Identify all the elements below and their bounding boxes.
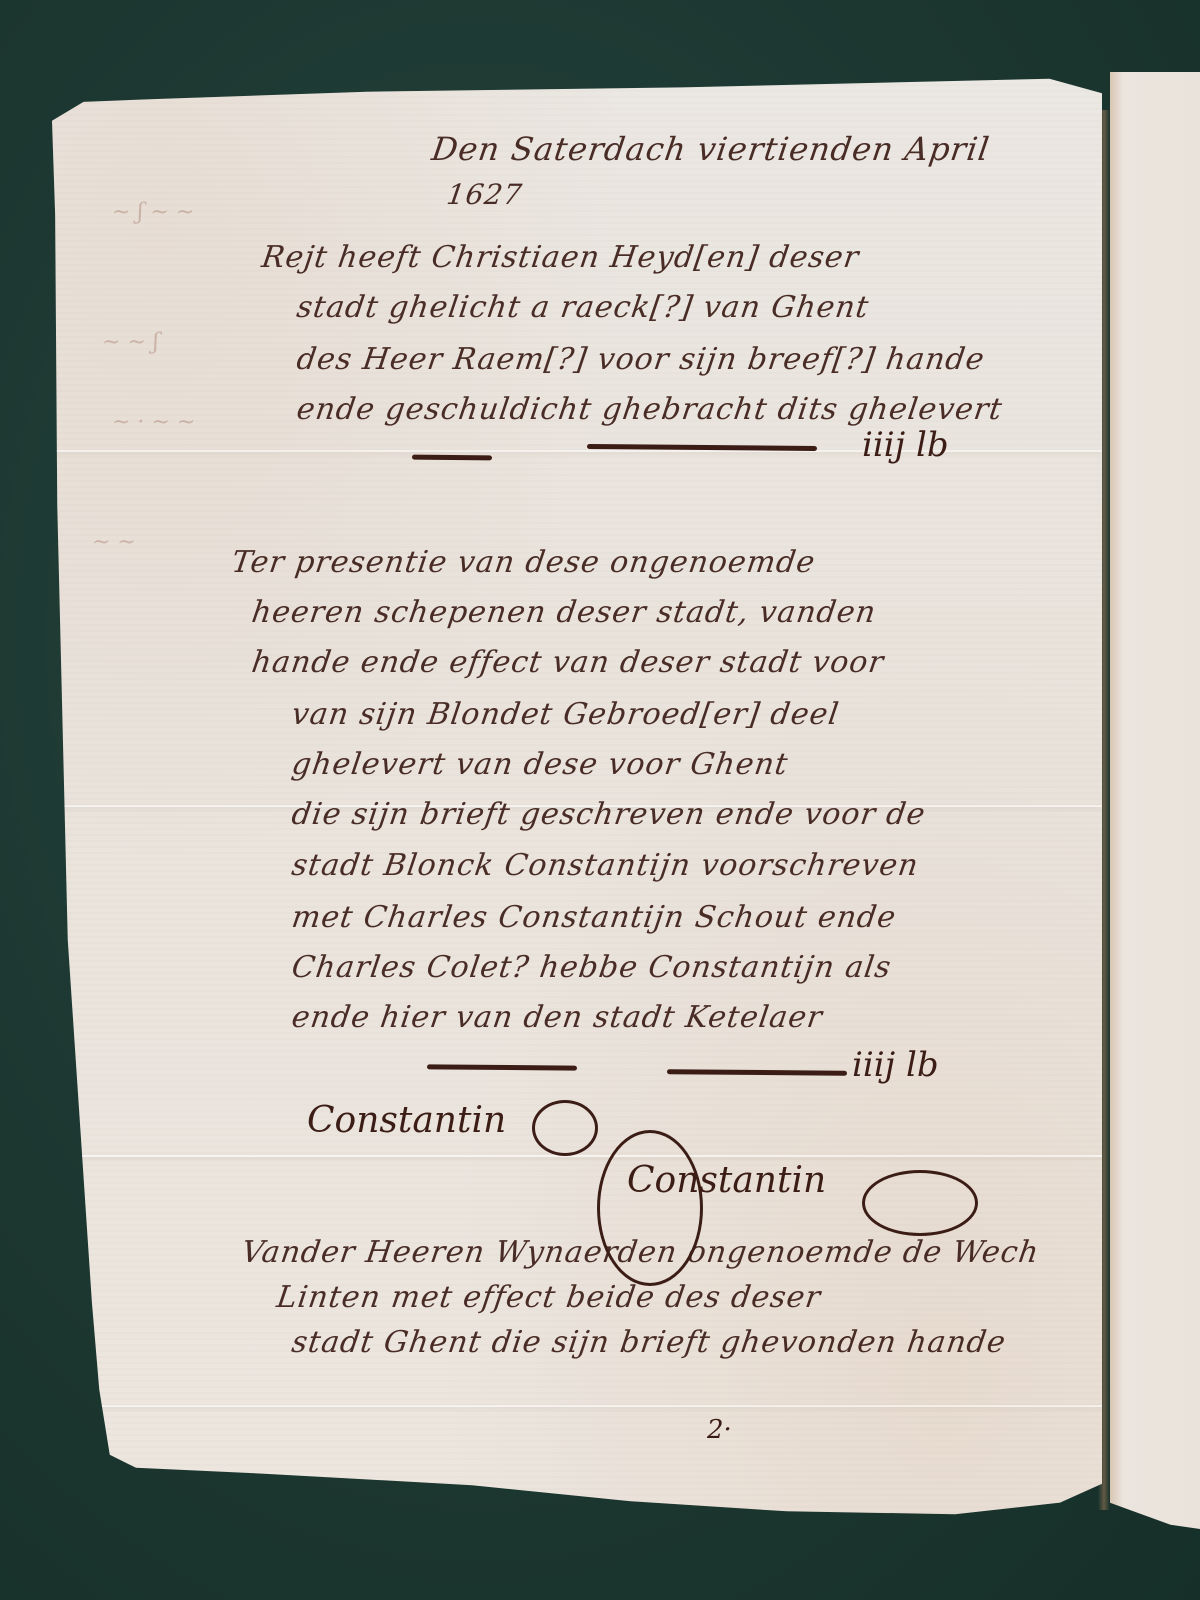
closing-line-2: Linten met effect beide des deser: [275, 1280, 824, 1315]
year: 1627: [445, 178, 525, 211]
entry-2-line-4: van sijn Blondet Gebroed[er] deel: [290, 697, 842, 732]
bleed-through-mark: ~ ~: [92, 530, 136, 555]
entry-1-line-3: des Heer Raem[?] voor sijn breef[?] hand…: [295, 342, 988, 377]
entry-1-line-2: stadt ghelicht a raeck[?] van Ghent: [295, 290, 872, 325]
entry-2-line-6: die sijn brieft geschreven ende voor de: [290, 797, 928, 832]
entry-1-line-4: ende geschuldicht ghebracht dits gheleve…: [295, 392, 1005, 427]
entry-2-line-2: heeren schepenen deser stadt, vanden: [250, 595, 879, 630]
footer-mark: 2·: [707, 1415, 732, 1445]
manuscript-page: ~ ʃ ~ ~ ~ ~ ʃ ~ · ~ ~ ~ ~ Den Saterdach …: [52, 70, 1102, 1520]
bleed-through-mark: ~ ʃ ~ ~: [112, 200, 194, 225]
entry-2-line-3: hande ende effect van deser stadt voor: [250, 645, 887, 680]
dash-stroke: [587, 444, 817, 451]
bleed-through-mark: ~ · ~ ~: [112, 410, 195, 435]
entry-1-amount: iiij lb: [862, 425, 949, 465]
signature-paraph: [862, 1170, 978, 1236]
closing-line-1: Vander Heeren Wynaerden ongenoemde de We…: [240, 1235, 1042, 1270]
dash-stroke: [427, 1064, 577, 1070]
bleed-through-mark: ~ ~ ʃ: [102, 330, 159, 355]
manuscript-text: ~ ʃ ~ ~ ~ ~ ʃ ~ · ~ ~ ~ ~ Den Saterdach …: [52, 70, 1102, 1520]
entry-2-amount: iiij lb: [852, 1045, 939, 1085]
dash-stroke: [412, 455, 492, 461]
entry-2-line-8: met Charles Constantijn Schout ende: [290, 900, 899, 935]
entry-1-line-1: Rejt heeft Christiaen Heyd[en] deser: [260, 240, 862, 275]
date-line: Den Saterdach viertienden April: [429, 130, 992, 168]
entry-2-line-1: Ter presentie van dese ongenoemde: [230, 545, 818, 580]
dash-stroke: [667, 1069, 847, 1076]
entry-2-line-7: stadt Blonck Constantijn voorschreven: [290, 848, 921, 883]
adjacent-page: [1110, 72, 1200, 1532]
signature-paraph: [532, 1100, 598, 1156]
entry-2-line-9: Charles Colet? hebbe Constantijn als: [290, 950, 894, 985]
entry-2-line-5: ghelevert van dese voor Ghent: [290, 747, 791, 782]
entry-2-line-10: ende hier van den stadt Ketelaer: [290, 1000, 825, 1035]
closing-line-3: stadt Ghent die sijn brieft ghevonden ha…: [290, 1325, 1009, 1360]
signature-left: Constantin: [307, 1100, 506, 1141]
